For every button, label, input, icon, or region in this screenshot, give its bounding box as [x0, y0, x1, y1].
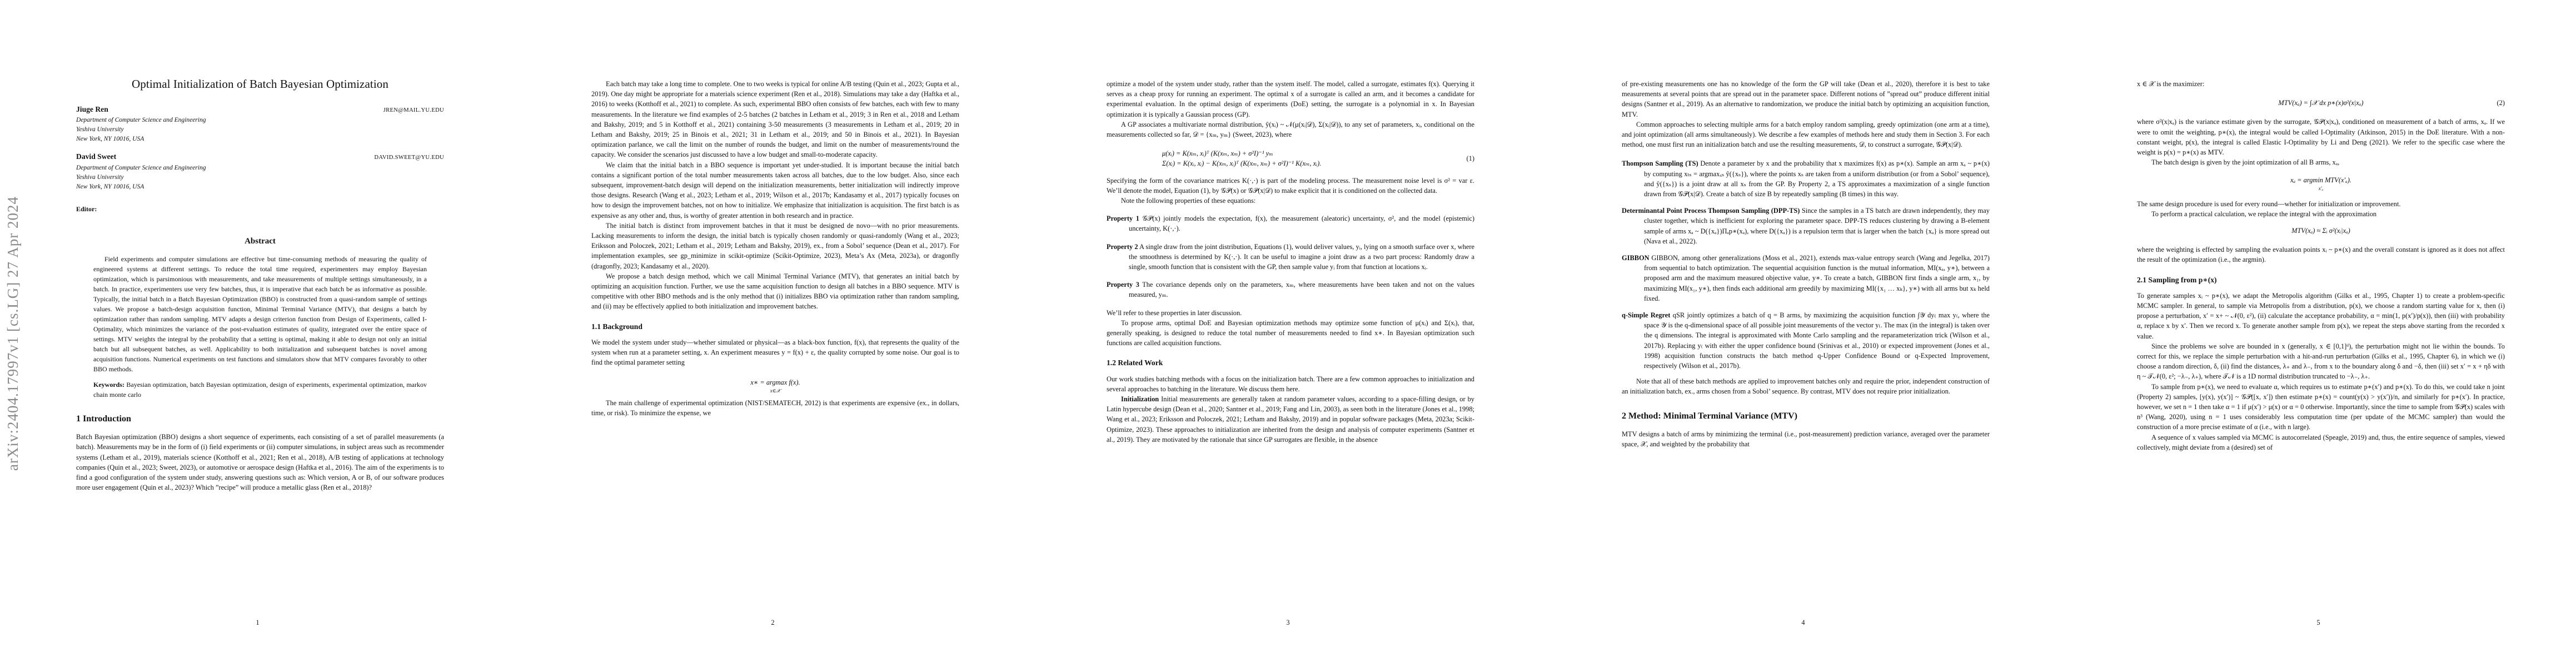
page-2: Each batch may take a long time to compl… — [515, 0, 1030, 667]
paragraph: where the weighting is effected by sampl… — [2137, 245, 2505, 265]
property-text: The covariance depends only on the param… — [1129, 281, 1474, 298]
section-heading-method: 2 Method: Minimal Terminal Variance (MTV… — [1622, 411, 1990, 421]
paragraph: To generate samples xᵢ ~ p∗(x), we adapt… — [2137, 291, 2505, 341]
paragraph: where σ²(x|xₐ) is the variance estimate … — [2137, 117, 2505, 157]
author-address: New York, NY 10016, USA — [76, 135, 444, 144]
method-dpp-ts: Determinantal Point Process Thompson Sam… — [1622, 206, 1990, 246]
run-in-heading: Initialization — [1121, 395, 1159, 403]
method-label: q-Simple Regret — [1622, 311, 1670, 319]
page-number: 4 — [1546, 619, 2061, 627]
method-text: GIBBON, among other generalizations (Mos… — [1644, 254, 1990, 302]
paragraph: To propose arms, optimal DoE and Bayesia… — [1107, 318, 1474, 349]
abstract-block: Field experiments and computer simulatio… — [76, 254, 444, 400]
method-label: Thompson Sampling (TS) — [1622, 160, 1698, 167]
paragraph: We’ll refer to these properties in later… — [1107, 308, 1474, 318]
author-email: DAVID.SWEET@YU.EDU — [374, 153, 444, 163]
equation-text: MTV(xₐ) ≈ Σᵢ σ²(xᵢ|xₐ) — [2291, 227, 2350, 235]
page-5-column: x ∈ 𝒳 is the maximizer: MTV(xₐ) = ∫𝒳 dx … — [2137, 79, 2505, 452]
paragraph: The main challenge of experimental optim… — [591, 398, 959, 418]
paragraph: The initial batch is distinct from impro… — [591, 221, 959, 271]
paper-title: Optimal Initialization of Batch Bayesian… — [76, 79, 444, 89]
author-block-1: Jiuge Ren JREN@MAIL.YU.EDU Department of… — [76, 104, 444, 144]
paragraph: optimize a model of the system under stu… — [1107, 79, 1474, 120]
page-4: of pre-existing measurements one has no … — [1546, 0, 2061, 667]
property-label: Property 2 — [1107, 243, 1138, 251]
equation-text: xₐ = argmin MTV(x′ₐ). — [2137, 175, 2505, 185]
paragraph: Note that all of these batch methods are… — [1622, 376, 1990, 396]
author-name: Jiuge Ren — [76, 104, 108, 115]
paragraph: To perform a practical calculation, we r… — [2137, 209, 2505, 219]
paragraph-text: Initial measurements are generally taken… — [1107, 395, 1474, 444]
property-3: Property 3 The covariance depends only o… — [1107, 280, 1474, 300]
page-number: 5 — [2061, 619, 2576, 627]
page-number: 3 — [1030, 619, 1546, 627]
paragraph: We model the system under study—whether … — [591, 337, 959, 368]
author-name: David Sweet — [76, 152, 116, 162]
equation-text: x∗ = argmax f(x). — [591, 377, 959, 387]
section-heading-introduction: 1 Introduction — [76, 414, 444, 424]
paragraph: The batch design is given by the joint o… — [2137, 157, 2505, 167]
property-text: A single draw from the joint distributio… — [1129, 243, 1474, 271]
paragraph: x ∈ 𝒳 is the maximizer: — [2137, 79, 2505, 89]
author-block-2: David Sweet DAVID.SWEET@YU.EDU Departmen… — [76, 152, 444, 191]
page-number: 2 — [515, 619, 1030, 627]
page-3: optimize a model of the system under stu… — [1030, 0, 1546, 667]
keywords: Keywords: Bayesian optimization, batch B… — [93, 380, 427, 400]
page-3-column: optimize a model of the system under stu… — [1107, 79, 1474, 445]
equation-subscript: x∈𝒳 — [591, 388, 959, 394]
author-dept: Department of Computer Science and Engin… — [76, 163, 444, 173]
equation-2: MTV(xₐ) = ∫𝒳 dx p∗(x)σ²(x|xₐ) (2) — [2137, 98, 2505, 108]
page-number: 1 — [0, 619, 515, 627]
equation-subscript: x′ₐ — [2137, 186, 2505, 191]
equation-argmax: x∗ = argmax f(x). x∈𝒳 — [591, 377, 959, 393]
method-qsr: q-Simple Regret qSR jointly optimizes a … — [1622, 310, 1990, 371]
arxiv-stamp: arXiv:2404.17997v1 [cs.LG] 27 Apr 2024 — [4, 189, 27, 478]
keywords-text: Bayesian optimization, batch Bayesian op… — [93, 381, 427, 399]
paragraph: A sequence of x values sampled via MCMC … — [2137, 432, 2505, 452]
page-4-column: of pre-existing measurements one has no … — [1622, 79, 1990, 449]
keywords-label: Keywords: — [93, 381, 124, 389]
paragraph: Specifying the form of the covariance ma… — [1107, 176, 1474, 196]
property-1: Property 1 𝒢𝒫(x) jointly models the expe… — [1107, 213, 1474, 233]
property-label: Property 1 — [1107, 215, 1139, 222]
page-2-column: Each batch may take a long time to compl… — [591, 79, 959, 418]
paragraph: of pre-existing measurements one has no … — [1622, 79, 1990, 120]
method-label: GIBBON — [1622, 254, 1650, 262]
equation-line: Σ(xᵢ) = K(xᵢ, xᵢ) − K(xₘ, xᵢ)ᵀ (K(xₘ, xₘ… — [1162, 158, 1474, 168]
paragraph: Our work studies batching methods with a… — [1107, 374, 1474, 394]
method-gibbon: GIBBON GIBBON, among other generalizatio… — [1622, 253, 1990, 303]
subsection-heading-related-work: 1.2 Related Work — [1107, 358, 1474, 368]
equation-1: μ(xᵢ) = K(xₘ, xᵢ)ᵀ (K(xₘ, xₘ) + σ²I)⁻¹ y… — [1107, 148, 1474, 168]
method-label: Determinantal Point Process Thompson Sam… — [1622, 207, 1800, 215]
author-email: JREN@MAIL.YU.EDU — [383, 106, 444, 116]
equation-number: (1) — [1467, 153, 1474, 163]
method-text: qSR jointly optimizes a batch of q = B a… — [1644, 311, 1990, 370]
subsection-heading-background: 1.1 Background — [591, 322, 959, 332]
author-dept: Department of Computer Science and Engin… — [76, 116, 444, 125]
equation-number: (2) — [2497, 98, 2505, 108]
equation-approx: MTV(xₐ) ≈ Σᵢ σ²(xᵢ|xₐ) — [2137, 226, 2505, 236]
paragraph: Since the problems we solve are bounded … — [2137, 341, 2505, 382]
author-address: New York, NY 10016, USA — [76, 182, 444, 192]
paragraph: Each batch may take a long time to compl… — [591, 79, 959, 160]
method-ts: Thompson Sampling (TS) Denote a paramete… — [1622, 158, 1990, 199]
author-univ: Yeshiva University — [76, 173, 444, 182]
equation-text: MTV(xₐ) = ∫𝒳 dx p∗(x)σ²(x|xₐ) — [2278, 99, 2363, 107]
equation-argmin: xₐ = argmin MTV(x′ₐ). x′ₐ — [2137, 175, 2505, 191]
abstract-heading: Abstract — [76, 236, 444, 246]
paragraph: A GP associates a multivariate normal di… — [1107, 120, 1474, 140]
paragraph: We claim that the initial batch in a BBO… — [591, 160, 959, 221]
paragraph: We propose a batch design method, which … — [591, 271, 959, 312]
property-2: Property 2 A single draw from the joint … — [1107, 242, 1474, 272]
paragraph: To sample from p∗(x), we need to evaluat… — [2137, 382, 2505, 432]
property-text: 𝒢𝒫(x) jointly models the expectation, f(… — [1129, 215, 1474, 232]
equation-line: μ(xᵢ) = K(xₘ, xᵢ)ᵀ (K(xₘ, xₘ) + σ²I)⁻¹ y… — [1162, 148, 1474, 158]
paragraph: Batch Bayesian optimization (BBO) design… — [76, 432, 444, 492]
subsection-heading-sampling: 2.1 Sampling from p∗(x) — [2137, 275, 2505, 285]
paragraph: Common approaches to selecting multiple … — [1622, 120, 1990, 150]
property-label: Property 3 — [1107, 281, 1139, 288]
editor-label: Editor: — [76, 204, 444, 214]
author-univ: Yeshiva University — [76, 125, 444, 135]
page-1-column: Optimal Initialization of Batch Bayesian… — [76, 0, 444, 492]
abstract-text: Field experiments and computer simulatio… — [93, 254, 427, 374]
paragraph-initialization: Initialization Initial measurements are … — [1107, 394, 1474, 445]
paragraph: The same design procedure is used for ev… — [2137, 199, 2505, 209]
paragraph: MTV designs a batch of arms by minimizin… — [1622, 429, 1990, 449]
page-1: arXiv:2404.17997v1 [cs.LG] 27 Apr 2024 O… — [0, 0, 515, 667]
page-5: x ∈ 𝒳 is the maximizer: MTV(xₐ) = ∫𝒳 dx … — [2061, 0, 2576, 667]
paragraph: Note the following properties of these e… — [1107, 196, 1474, 206]
